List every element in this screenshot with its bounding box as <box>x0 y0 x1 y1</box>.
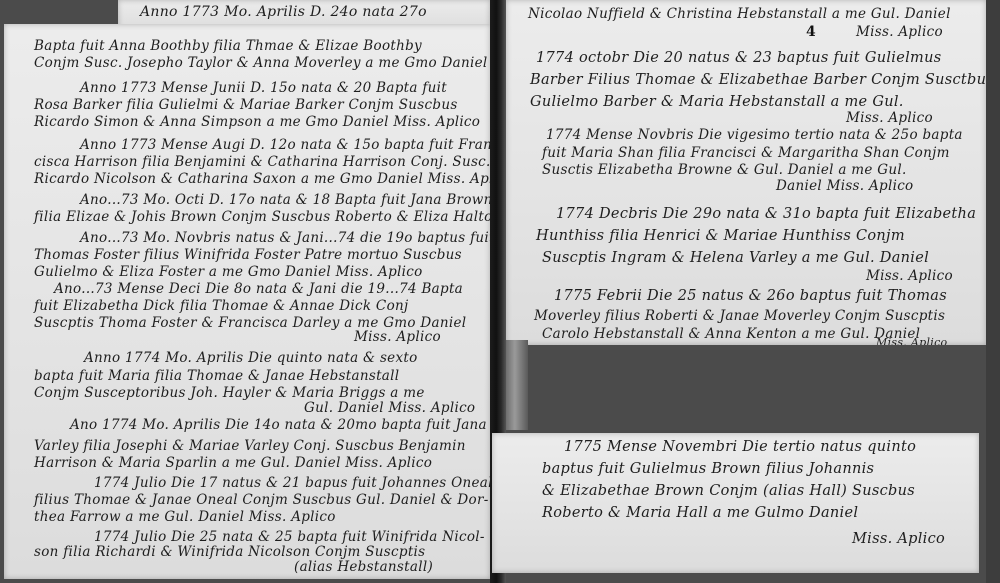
text-line: Varley filia Josephi & Mariae Varley Con… <box>34 438 466 454</box>
text-line: Suscptis Ingram & Helena Varley a me Gul… <box>542 250 929 266</box>
text-line: 1775 Febrii Die 25 natus & 26o baptus fu… <box>554 288 947 304</box>
text-line: Bapta fuit Anna Boothby filia Thmae & El… <box>34 38 422 54</box>
text-line: Thomas Foster filius Winifrida Foster Pa… <box>34 247 462 263</box>
text-line: Gulielmo & Eliza Foster a me Gmo Daniel … <box>34 264 423 280</box>
text-line: Harrison & Maria Sparlin a me Gul. Danie… <box>34 455 432 471</box>
text-line: thea Farrow a me Gul. Daniel Miss. Aplic… <box>34 509 336 525</box>
text-line: Barber Filius Thomae & Elizabethae Barbe… <box>530 72 986 88</box>
text-line: 1774 Mense Novbris Die vigesimo tertio n… <box>546 127 963 143</box>
text-line: filius Thomae & Janae Oneal Conjm Suscbu… <box>34 492 489 508</box>
text-line: 1774 Decbris Die 29o nata & 31o bapta fu… <box>556 206 976 222</box>
text-line: Miss. Aplico <box>852 531 945 547</box>
left-page-corner-cutout <box>0 0 118 26</box>
text-line: Miss. Aplico <box>866 268 953 284</box>
document-viewer: Anno 1773 Mo. Aprilis D. 24o nata 27o Ba… <box>0 0 1000 583</box>
text-line: filia Elizae & Johis Brown Conjm Suscbus… <box>34 209 490 225</box>
text-line: Miss. Aplico <box>876 336 947 345</box>
text-line: Gulielmo Barber & Maria Hebstanstall a m… <box>530 94 904 110</box>
text-line: 1774 octobr Die 20 natus & 23 baptus fui… <box>536 50 941 66</box>
text-line: Ricardo Nicolson & Catharina Saxon a me … <box>34 171 490 187</box>
text-line: & Elizabethae Brown Conjm (alias Hall) S… <box>542 483 915 499</box>
text-line: Hunthiss filia Henrici & Mariae Hunthiss… <box>536 228 905 244</box>
left-page: Bapta fuit Anna Boothby filia Thmae & El… <box>4 24 490 579</box>
text-line: (alias Hebstanstall) <box>294 559 433 575</box>
page-fold-shadow <box>506 340 528 430</box>
text-line: Miss. Aplico <box>846 110 933 126</box>
text-line: Anno 1774 Mo. Aprilis Die quinto nata & … <box>84 350 418 366</box>
page-number: 4 <box>806 24 816 40</box>
text-line: Conjm Susceptoribus Joh. Hayler & Maria … <box>34 385 425 401</box>
text-line: bapta fuit Maria filia Thomae & Janae He… <box>34 368 399 384</box>
text-line: Carolo Hebstanstall & Anna Kenton a me G… <box>542 326 920 342</box>
text-line: cisca Harrison filia Benjamini & Cathari… <box>34 154 490 170</box>
text-line: 1775 Mense Novembri Die tertio natus qui… <box>564 439 916 455</box>
text-line: Miss. Aplico <box>354 329 441 345</box>
text-line: son filia Richardi & Winifrida Nicolson … <box>34 544 425 560</box>
text-line: Ricardo Simon & Anna Simpson a me Gmo Da… <box>34 114 480 130</box>
text-line: Moverley filius Roberti & Janae Moverley… <box>534 308 945 324</box>
right-bottom-page: 1775 Mense Novembri Die tertio natus qui… <box>492 433 979 573</box>
text-line: 1774 Julio Die 17 natus & 21 bapus fuit … <box>94 475 490 491</box>
text-line: Roberto & Maria Hall a me Gulmo Daniel <box>542 505 858 521</box>
text-line: Anno 1773 Mense Augi D. 12o nata & 15o b… <box>80 137 490 153</box>
text-line: Miss. Aplico <box>856 24 943 40</box>
text-line: Ano...73 Mo. Octi D. 17o nata & 18 Bapta… <box>80 192 490 208</box>
text-line: Nicolao Nuffield & Christina Hebstanstal… <box>528 6 951 22</box>
text-line: fuit Elizabetha Dick filia Thomae & Anna… <box>34 298 408 314</box>
text-line: Ano...73 Mense Deci Die 8o nata & Jani d… <box>54 281 463 297</box>
text-line: fuit Maria Shan filia Francisci & Margar… <box>542 145 950 161</box>
text-line: Conjm Susc. Josepho Taylor & Anna Moverl… <box>34 55 488 71</box>
text-line: baptus fuit Gulielmus Brown filius Johan… <box>542 461 874 477</box>
text-line: 1774 Julio Die 25 nata & 25 bapta fuit W… <box>94 529 485 545</box>
right-top-page: Nicolao Nuffield & Christina Hebstanstal… <box>506 0 986 345</box>
text-line: Ano...73 Mo. Novbris natus & Jani...74 d… <box>80 230 490 246</box>
text-line: Ano 1774 Mo. Aprilis Die 14o nata & 20mo… <box>70 417 487 433</box>
text-line: Anno 1773 Mo. Aprilis D. 24o nata 27o <box>140 4 427 20</box>
viewer-right-margin <box>986 0 1000 583</box>
text-line: Anno 1773 Mense Junii D. 15o nata & 20 B… <box>80 80 447 96</box>
text-line: Susctis Elizabetha Browne & Gul. Daniel … <box>542 162 907 178</box>
text-line: Gul. Daniel Miss. Aplico <box>304 400 475 416</box>
text-line: Rosa Barker filia Gulielmi & Mariae Bark… <box>34 97 458 113</box>
text-line: Daniel Miss. Aplico <box>776 178 913 194</box>
